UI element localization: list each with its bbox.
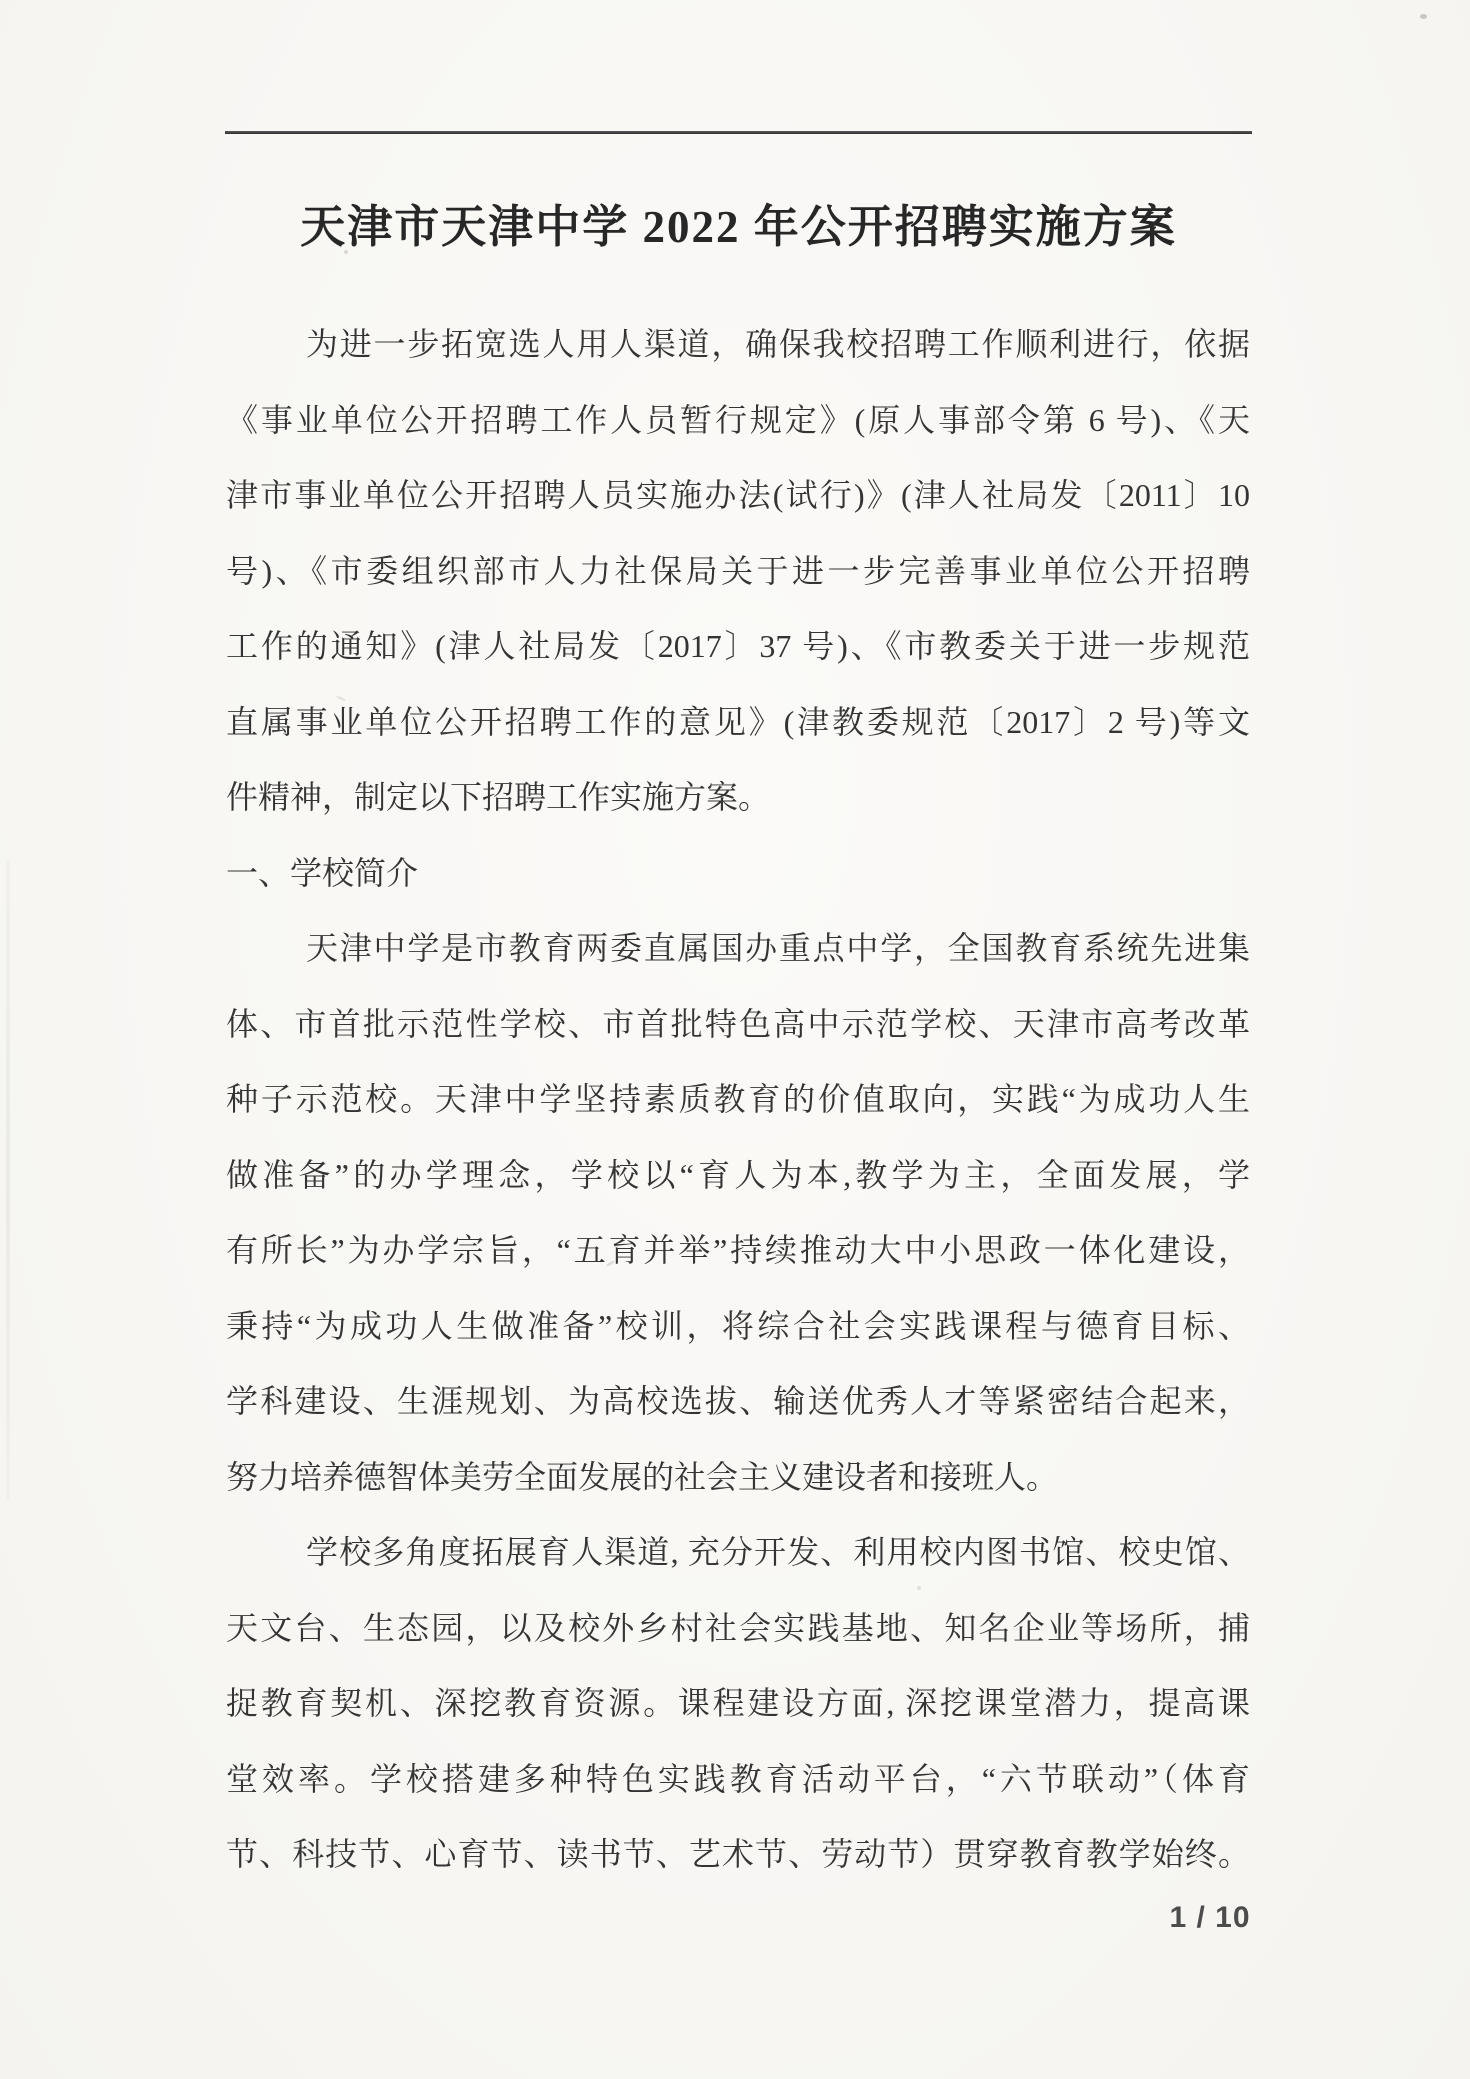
body-line: 秉持“为成功人生做准备”校训，将综合社会实践课程与德育目标、 <box>226 1289 1250 1365</box>
page-number: 1 / 10 <box>1150 1899 1270 1937</box>
body-line: 体、市首批示范性学校、市首批特色高中示范学校、天津市高考改革 <box>226 987 1250 1063</box>
body-line: 做准备”的办学理念，学校以“育人为本,教学为主，全面发展，学 <box>226 1138 1250 1214</box>
body-line: 津市事业单位公开招聘人员实施办法(试行)》(津人社局发〔2011〕10 <box>226 458 1250 534</box>
section-heading: 一、学校简介 <box>226 836 1250 912</box>
body-line: 学校多角度拓展育人渠道, 充分开发、利用校内图书馆、校史馆、 <box>226 1515 1250 1591</box>
header-rule <box>225 131 1252 134</box>
body-line: 件精神，制定以下招聘工作实施方案。 <box>226 760 1250 836</box>
body-line: 捉教育契机、深挖教育资源。课程建设方面, 深挖课堂潜力，提高课 <box>226 1666 1250 1742</box>
body-line: 学科建设、生涯规划、为高校选拔、输送优秀人才等紧密结合起来， <box>226 1364 1250 1440</box>
body-line: 号)、《市委组织部市人力社保局关于进一步完善事业单位公开招聘 <box>226 534 1250 610</box>
body-line: 《事业单位公开招聘工作人员暂行规定》(原人事部令第 6 号)、《天 <box>226 383 1250 459</box>
body-line: 堂效率。学校搭建多种特色实践教育活动平台，“六节联动”（体育 <box>226 1742 1250 1818</box>
document-body: 为进一步拓宽选人用人渠道，确保我校招聘工作顺利进行，依据 《事业单位公开招聘工作… <box>226 307 1250 1893</box>
body-line: 工作的通知》(津人社局发〔2017〕37 号)、《市教委关于进一步规范 <box>226 609 1250 685</box>
body-line: 直属事业单位公开招聘工作的意见》(津教委规范〔2017〕2 号)等文 <box>226 685 1250 761</box>
body-line: 有所长”为办学宗旨，“五育并举”持续推动大中小思政一体化建设， <box>226 1213 1250 1289</box>
document-title: 天津市天津中学 2022 年公开招聘实施方案 <box>225 196 1252 258</box>
body-line: 努力培养德智体美劳全面发展的社会主义建设者和接班人。 <box>226 1440 1250 1516</box>
body-line: 为进一步拓宽选人用人渠道，确保我校招聘工作顺利进行，依据 <box>226 307 1250 383</box>
scan-speckle <box>1420 14 1427 19</box>
scan-speckle <box>917 1586 921 1590</box>
scan-edge-streak <box>6 860 10 1500</box>
body-line: 种子示范校。天津中学坚持素质教育的价值取向，实践“为成功人生 <box>226 1062 1250 1138</box>
body-line: 天津中学是市教育两委直属国办重点中学，全国教育系统先进集 <box>226 911 1250 987</box>
body-line: 天文台、生态园，以及校外乡村社会实践基地、知名企业等场所，捕 <box>226 1591 1250 1667</box>
body-line: 节、科技节、心育节、读书节、艺术节、劳动节）贯穿教育教学始终。 <box>226 1817 1250 1893</box>
scan-speckle <box>344 250 348 254</box>
scanned-document-page: 天津市天津中学 2022 年公开招聘实施方案 为进一步拓宽选人用人渠道，确保我校… <box>0 0 1470 2079</box>
